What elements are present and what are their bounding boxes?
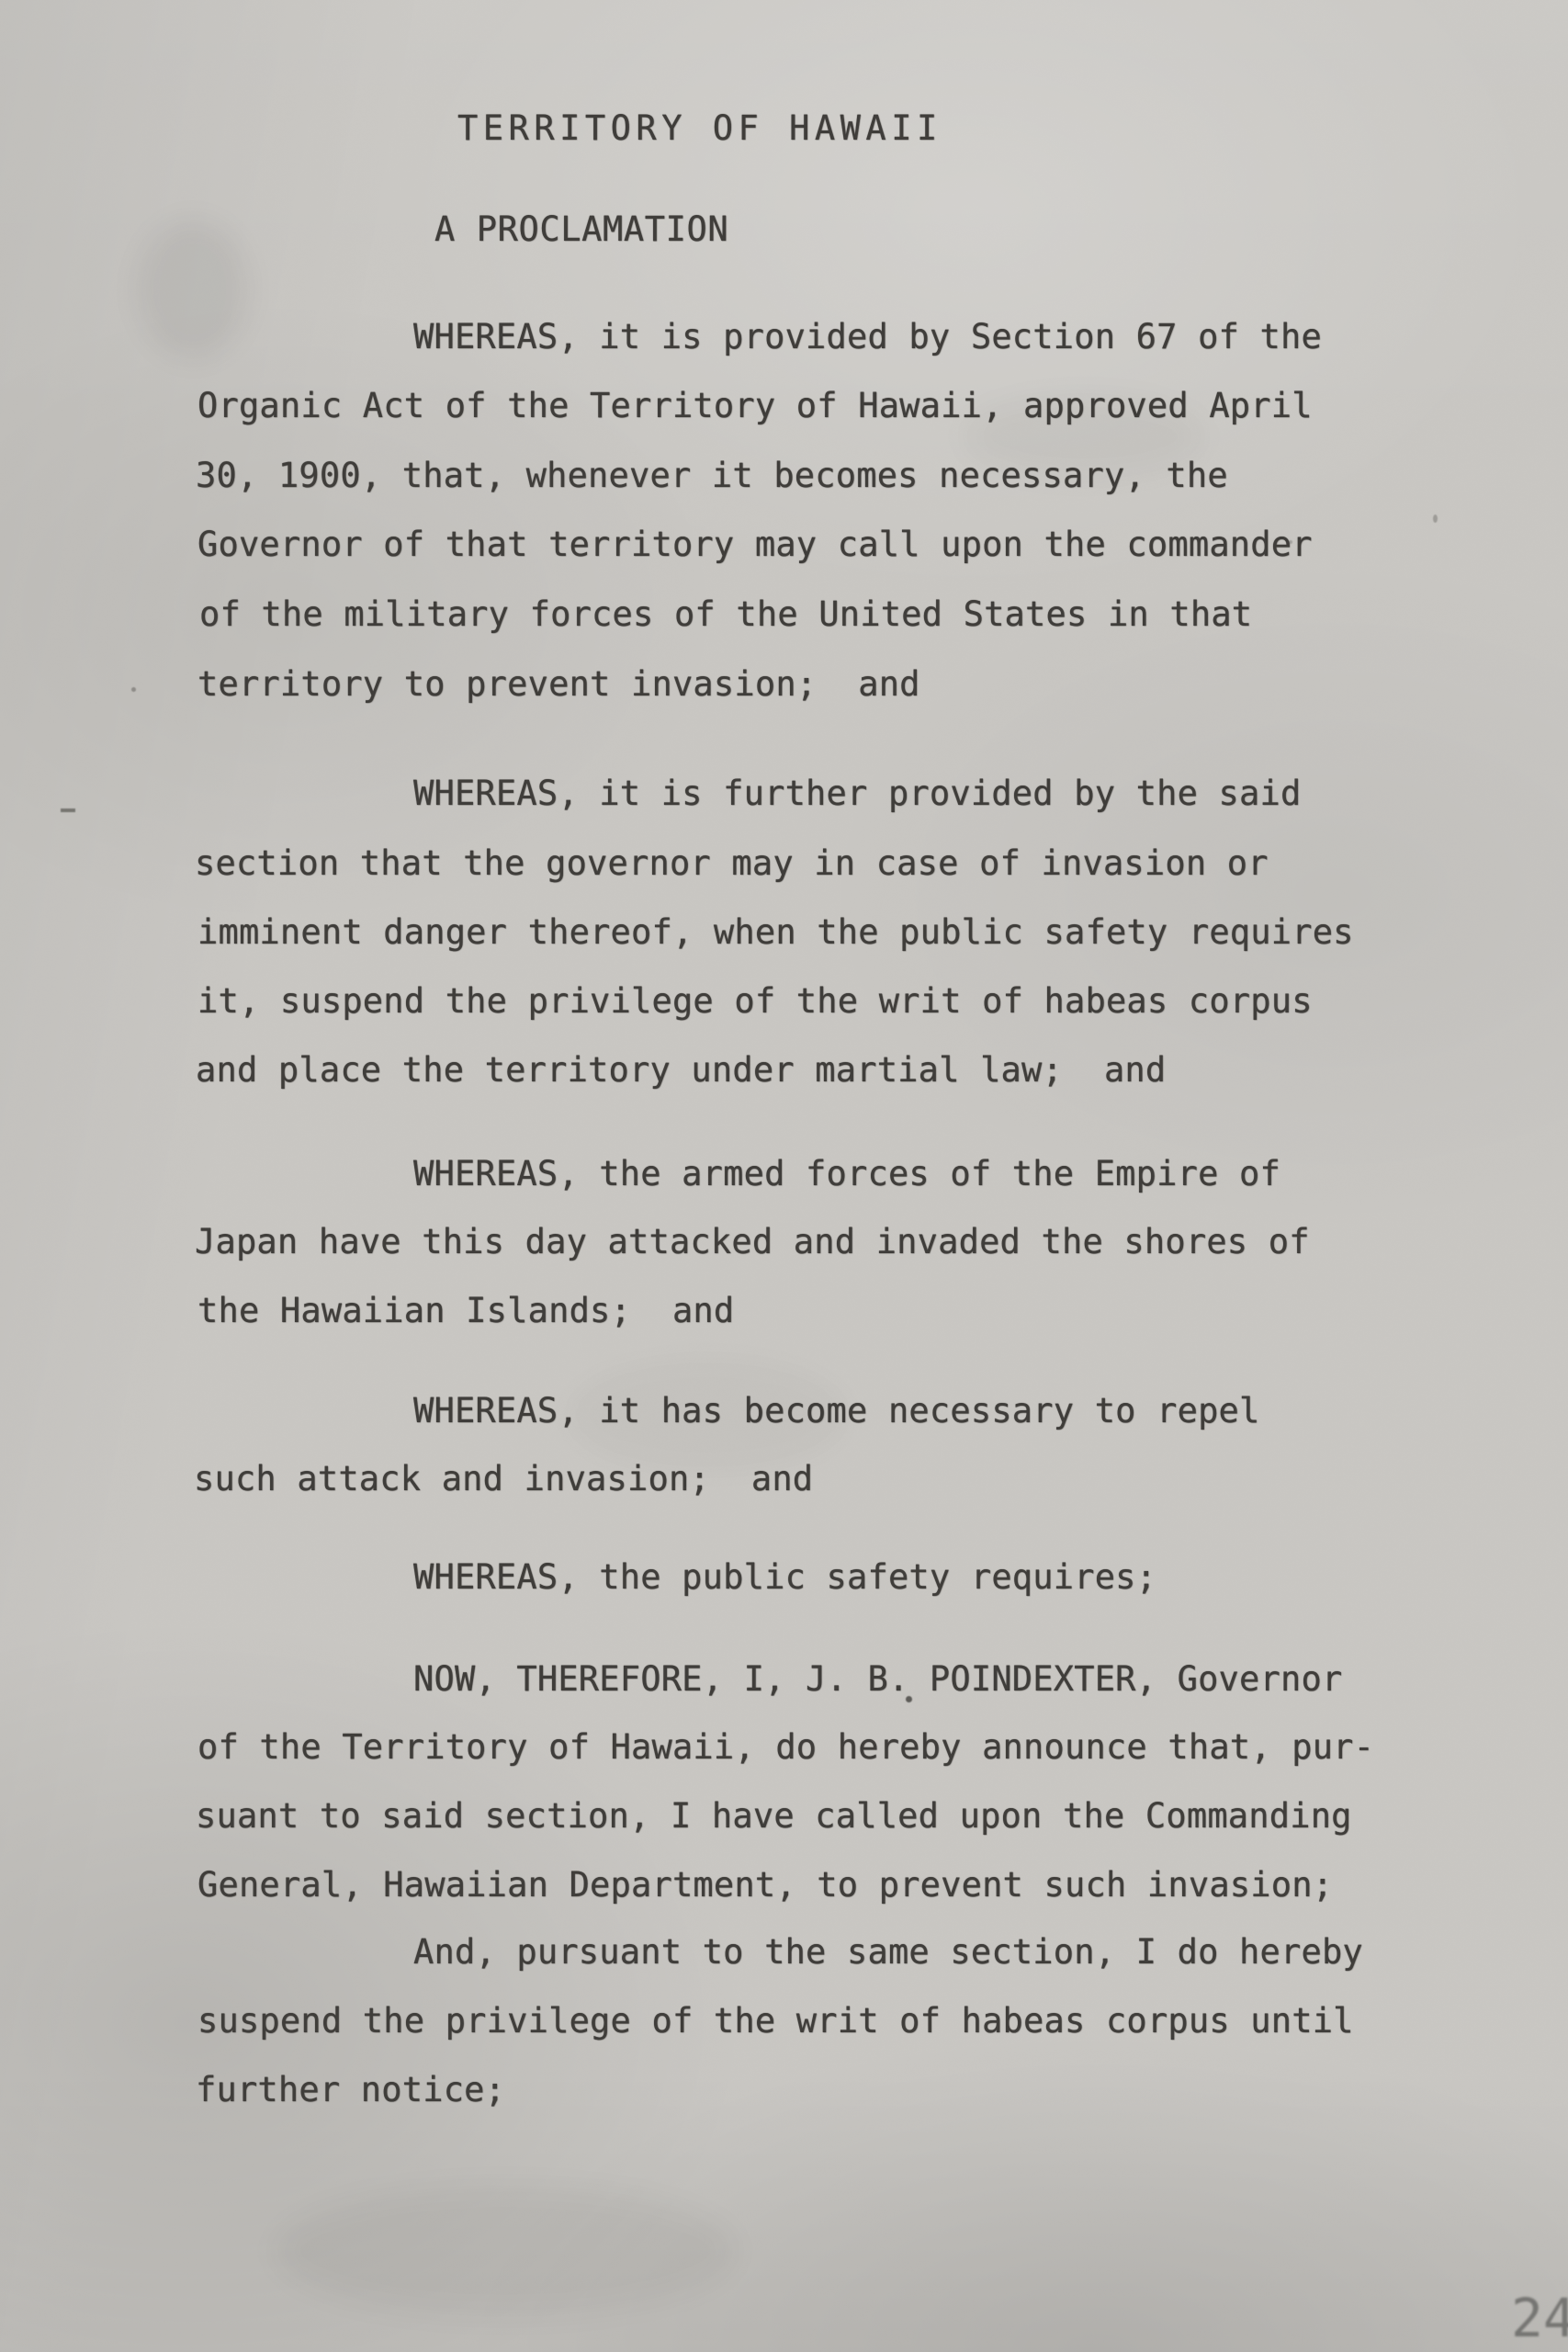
proclamation-line: WHEREAS, it is further provided by the s… xyxy=(413,776,1301,810)
proclamation-line: WHEREAS, the armed forces of the Empire … xyxy=(413,1157,1280,1191)
paper-stain xyxy=(276,2187,735,2315)
proclamation-line: further notice; xyxy=(196,2073,505,2107)
paper-stain xyxy=(964,395,1203,478)
ink-speck xyxy=(1433,514,1438,523)
proclamation-line: NOW, THEREFORE, I, J. B. POINDEXTER, Gov… xyxy=(413,1662,1342,1696)
proclamation-line: WHEREAS, it is provided by Section 67 of… xyxy=(413,320,1322,354)
proclamation-line: WHEREAS, the public safety requires; xyxy=(413,1560,1156,1594)
ink-dash xyxy=(61,808,75,812)
page-number: 24 xyxy=(1511,2291,1568,2345)
proclamation-line: suant to said section, I have called upo… xyxy=(196,1799,1352,1833)
proclamation-line: of the Territory of Hawaii, do hereby an… xyxy=(197,1730,1374,1764)
document-subtitle: A PROCLAMATION xyxy=(434,212,728,246)
proclamation-line: General, Hawaiian Department, to prevent… xyxy=(197,1868,1333,1902)
proclamation-line: imminent danger thereof, when the public… xyxy=(197,915,1354,949)
proclamation-line: section that the governor may in case of… xyxy=(195,846,1269,880)
proclamation-line: Japan have this day attacked and invaded… xyxy=(195,1225,1310,1259)
proclamation-line: and place the territory under martial la… xyxy=(196,1053,1166,1087)
paper-stain xyxy=(570,1360,845,1470)
proclamation-line: of the military forces of the United Sta… xyxy=(199,597,1252,631)
proclamation-line: it, suspend the privilege of the writ of… xyxy=(197,984,1313,1018)
document-title: TERRITORY OF HAWAII xyxy=(457,111,942,145)
proclamation-line: And, pursuant to the same section, I do … xyxy=(413,1935,1363,1969)
proclamation-line: suspend the privilege of the writ of hab… xyxy=(197,2004,1354,2038)
document-page: { "document": { "title": "TERRITORY OF H… xyxy=(0,0,1568,2352)
ink-speck xyxy=(1289,540,1292,544)
proclamation-line: territory to prevent invasion; and xyxy=(197,667,920,701)
proclamation-line: the Hawaiian Islands; and xyxy=(197,1294,734,1328)
ink-speck xyxy=(131,687,136,692)
paper-stain xyxy=(138,220,248,358)
proclamation-line: Governor of that territory may call upon… xyxy=(197,527,1313,561)
ink-speck xyxy=(906,1696,912,1702)
